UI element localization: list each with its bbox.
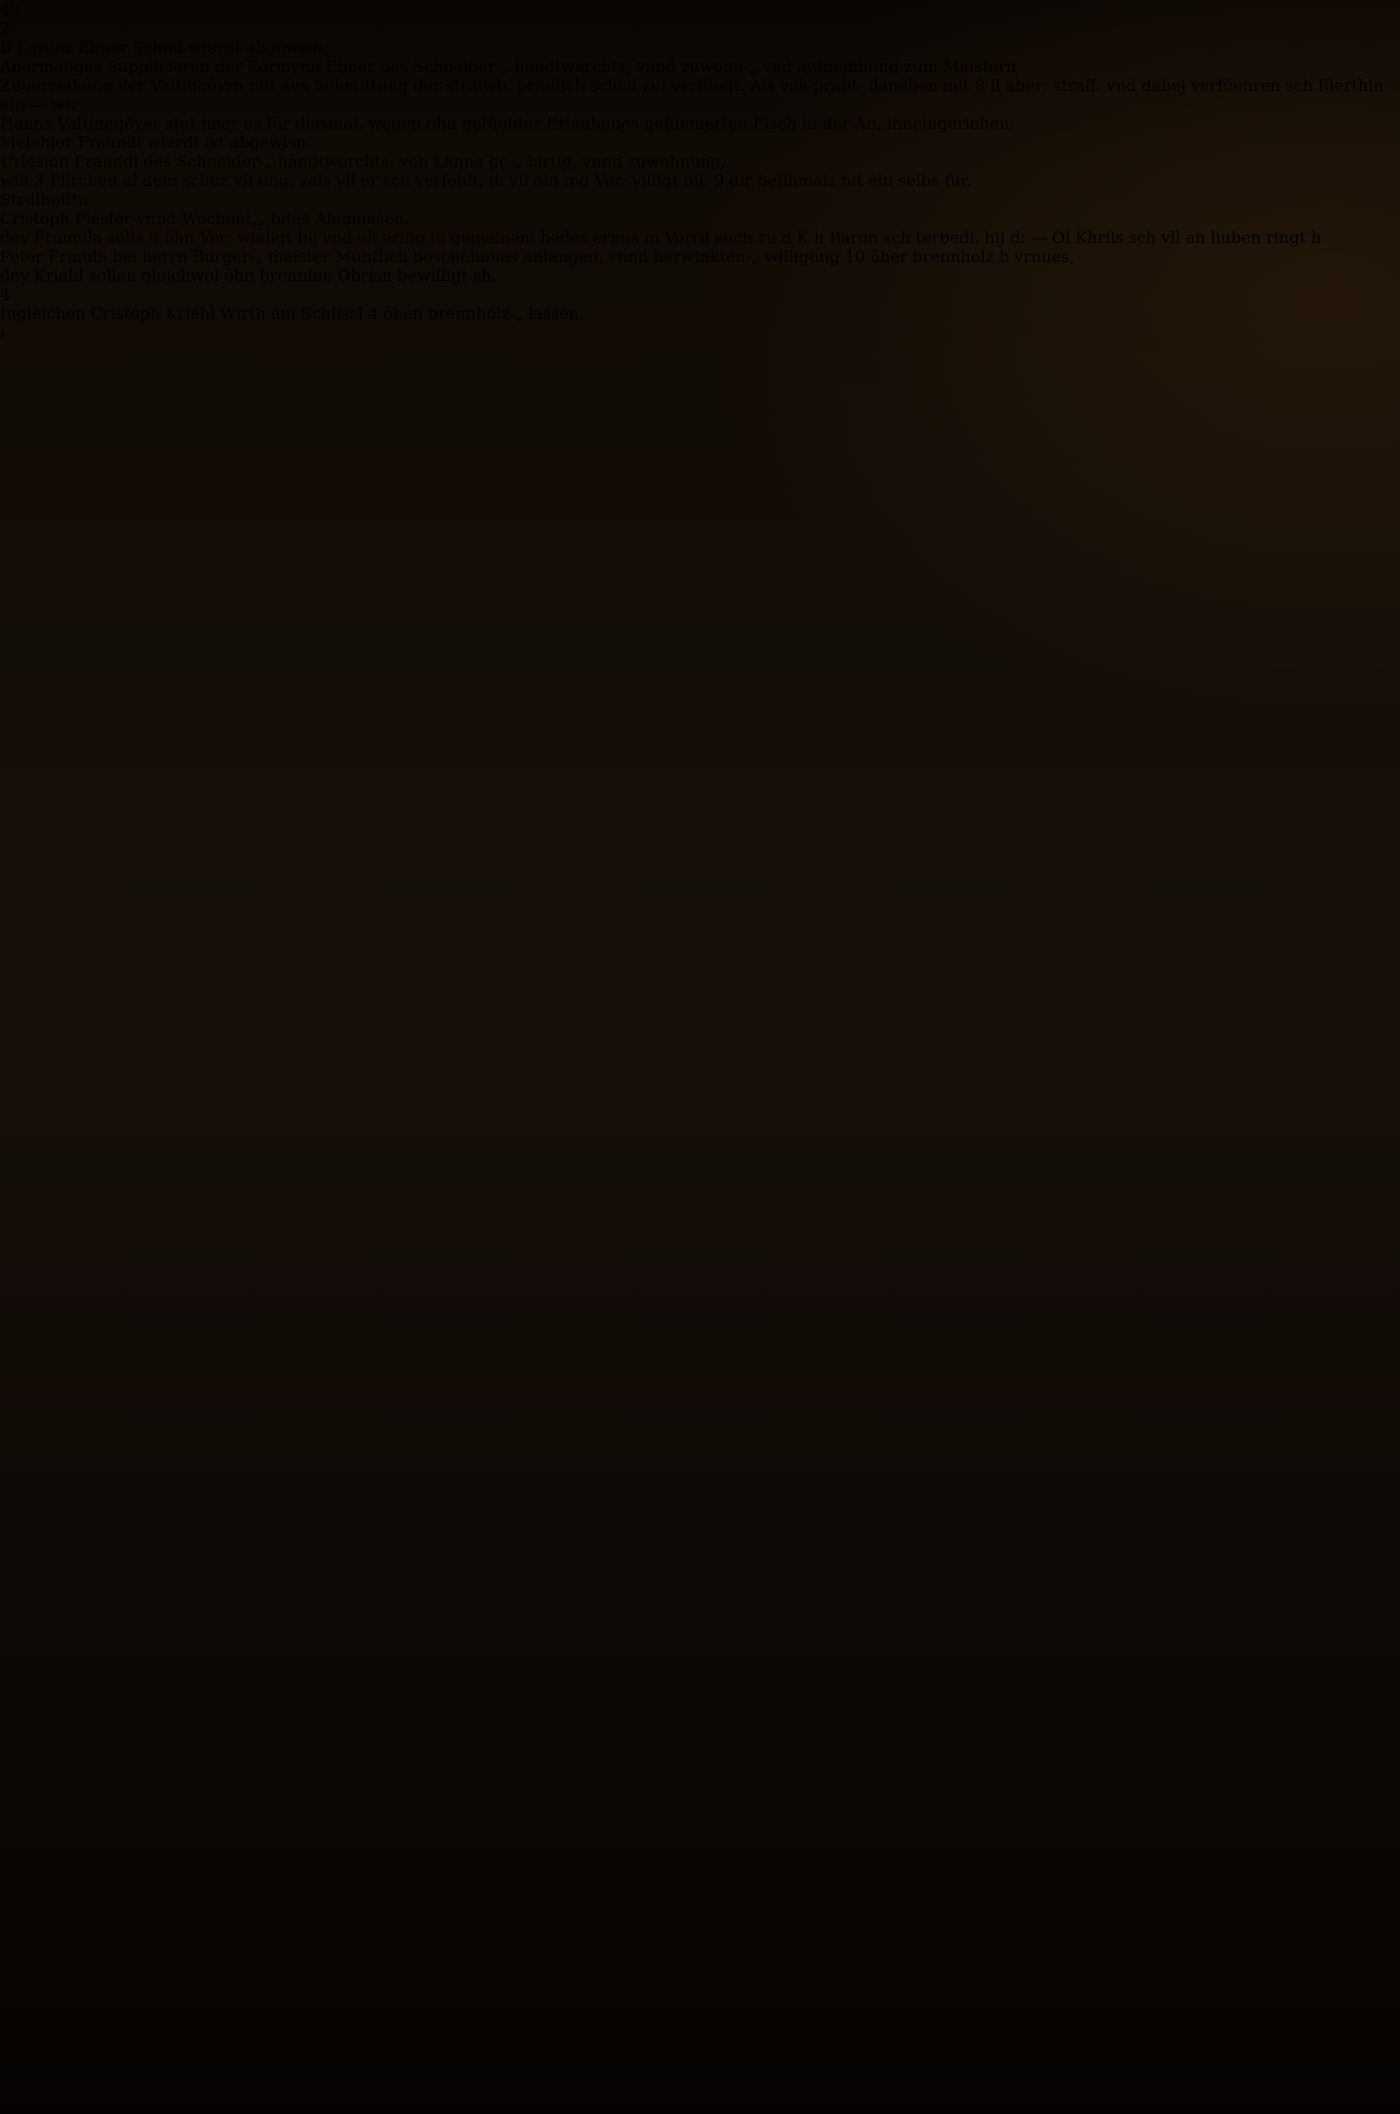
manuscript-line: daneben mit 8 fl aber:	[868, 76, 1048, 95]
manuscript-line: bites Alemuesen,	[271, 209, 410, 228]
manuscript-line: willigung 10 öher brennholz	[765, 247, 994, 266]
manuscript-line: ist abgewisn.	[205, 133, 312, 152]
manuscript-line: dey Kriehl sollen gleichwol	[0, 266, 219, 285]
manuscript-line: Hanns Valtinggöyer stet imer es	[0, 114, 261, 133]
manuscript-line-struck: vll an liuben ringt h	[1161, 228, 1321, 247]
manuscript-line: öhn brennine Obrisn	[224, 266, 392, 285]
folio-number: 42	[0, 0, 1400, 19]
manuscript-line: birtig, vnnd zuwohnung,	[527, 152, 726, 171]
entry-1-margin-note: B Lorenz Ebner Schnd wierdt abgewisn.	[0, 38, 1400, 57]
manuscript-line: Erlaubnues gefüemerten Fisch	[546, 114, 797, 133]
manuscript-line: Peter Frmula bei herrn Burger-„	[0, 247, 263, 266]
manuscript-line: wierdt abgewisn.	[188, 38, 328, 57]
manuscript-line: maister Müntlich beschehnues	[268, 247, 518, 266]
entry-5-margin-note: dey Framula solls 6 öhn Ver: wieligt bij…	[0, 228, 1400, 247]
manuscript-line: Melchior Fraundl wierdt	[0, 133, 200, 152]
underlying-page-edge	[10, 1992, 1195, 2078]
manuscript-line: B Lorenz Ebner Schnd	[0, 38, 183, 57]
bottom-margin-stroke: ı	[0, 323, 1400, 342]
manuscript-line: Ingleichen Cristoph Kriehl Wirth	[0, 304, 266, 323]
manuscript-photo: 42 2 B Lorenz Ebner Schnd wierdt abgewis…	[0, 0, 1400, 2114]
manuscript-line: wieligt bij vnd eh ering	[237, 228, 425, 247]
fore-edge-numeral: 2	[0, 19, 1400, 38]
manuscript-line: vnd aufnembung zum Maistern,	[763, 57, 1022, 76]
manuscript-line: Urlesion Fraundl des Schneider-„	[0, 152, 273, 171]
entry-2-main-text: Hanns Valtinggöyer stet imer es für dies…	[0, 114, 1400, 133]
manuscript-line: lassen,	[528, 304, 584, 323]
manuscript-line: nit ein selbs fur.	[841, 171, 971, 190]
manuscript-line: verfehlt, ih vll ain ing Ver:	[415, 171, 627, 190]
entry-4-main-text: Cristoph Piesfer vnnd Wochent,„ bites Al…	[0, 209, 1400, 228]
entry-2-margin-note: Zuuerzeihung der Valtingöyrn mit aus Sch…	[0, 76, 1400, 114]
manuscript-line: Cristoph Piesfer vnnd Wochent,„	[0, 209, 265, 228]
manuscript-line: straff: vnd dabej verfüehren	[1053, 76, 1280, 95]
manuscript-line: villigt nij. 9 dir befihmals	[632, 171, 836, 190]
manuscript-line: mit aus Schmittung der	[249, 76, 441, 95]
manuscript-line: ung. vals vll er sch	[258, 171, 410, 190]
manuscript-line: dey Framula solls 6 öhn Ver:	[0, 228, 232, 247]
entry-3-margin-note: Melchior Fraundl wierdt ist abgewisn.	[0, 133, 1400, 152]
manuscript-line: bewilligt sh.	[397, 266, 496, 285]
manuscript-line: Zormynn Ebner des Schneider-„	[247, 57, 509, 76]
manuscript-line: anlangen, vnnd herwinkten-„	[523, 247, 759, 266]
manuscript-line: Zuuerzeihung der Valtingöyrn	[0, 76, 244, 95]
entry-4-superscript: Strdlhofftn	[0, 190, 1400, 209]
manuscript-line: b vrnues,	[999, 247, 1074, 266]
manuscript-line: Abermaliges Supplicieren der	[0, 57, 242, 76]
manuscript-line: terbedi. hij d: — Ol Khrils sch	[916, 228, 1156, 247]
entry-5-main-text: Peter Frmula bei herrn Burger-„ maister …	[0, 247, 1400, 266]
manuscript-line-struck: in gemainem hedes ernns	[430, 228, 639, 247]
manuscript-line: für diesmal, wegen ohn gefüebter	[266, 114, 541, 133]
manuscript-line: wih 3 Pfirchen ai dem schuz vll	[0, 171, 253, 190]
entry-1-main-text: Abermaliges Supplicieren der Zormynn Ebn…	[0, 57, 1400, 76]
entry-6-margin-note: dey Kriehl sollen gleichwol öhn brennine…	[0, 266, 1400, 285]
manuscript-line: handtwerchts, von Lanna ge-„	[278, 152, 523, 171]
manuscript-line: handtwerchts, vnnd zuwohn-„	[514, 57, 757, 76]
margin-big-numeral: 4	[0, 285, 1400, 304]
entry-4-margin-note: wih 3 Pfirchen ai dem schuz vll ung. val…	[0, 171, 1400, 190]
manuscript-line: in Vorril such zu d K h Baron sch	[644, 228, 911, 247]
manuscript-line: straiwb. priuilich schad zu:	[446, 76, 667, 95]
entry-6-main-text: Ingleichen Cristoph Kriehl Wirth am Schl…	[0, 304, 1400, 323]
manuscript-line: in der Au, inneingeriehen,	[802, 114, 1015, 133]
manuscript-line: verfüegt. Als vch prabt-	[671, 76, 863, 95]
manuscript-line: am Schlissl 4 öhen brennholz-„	[271, 304, 523, 323]
entry-3-main-text: Urlesion Fraundl des Schneider-„ handtwe…	[0, 152, 1400, 171]
